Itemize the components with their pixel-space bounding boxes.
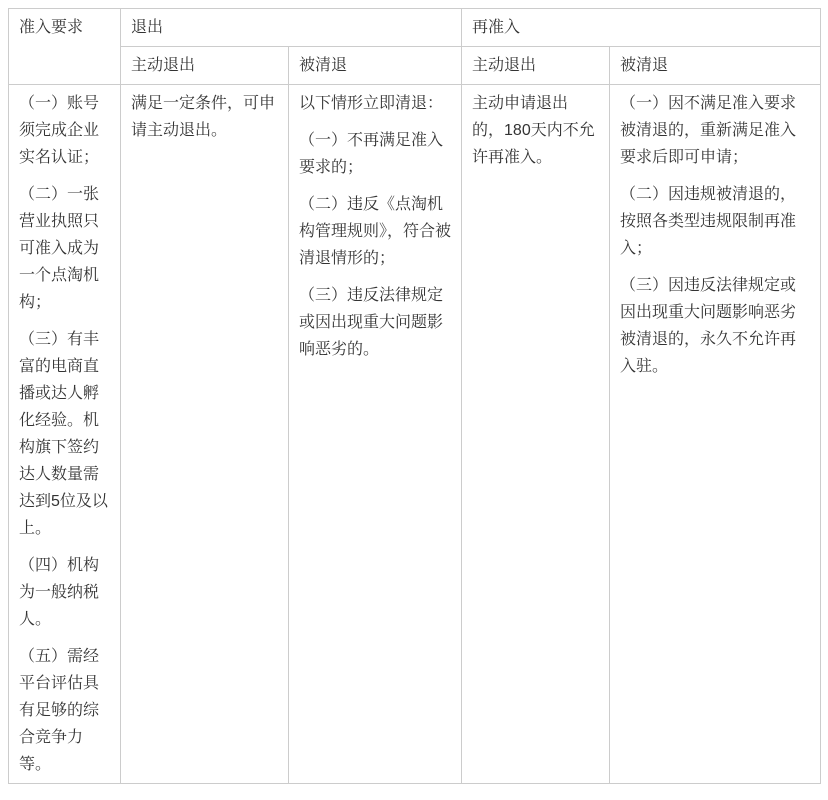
cell-admission-requirements: （一）账号须完成企业实名认证；（二）一张营业执照只可准入成为一个点淘机构；（三）… (9, 85, 121, 784)
table-row: （一）账号须完成企业实名认证；（二）一张营业执照只可准入成为一个点淘机构；（三）… (9, 85, 821, 784)
header-reentry-cleared: 被清退 (610, 47, 821, 85)
header-exit-voluntary: 主动退出 (121, 47, 289, 85)
paragraph: （一）因不满足准入要求被清退的，重新满足准入要求后即可申请； (620, 90, 810, 171)
paragraph: 主动申请退出的，180天内不允许再准入。 (472, 90, 599, 171)
cell-reentry-cleared: （一）因不满足准入要求被清退的，重新满足准入要求后即可申请；（二）因违规被清退的… (610, 85, 821, 784)
rules-table: 准入要求 退出 再准入 主动退出 被清退 主动退出 被清退 （一）账号须完成企业… (8, 8, 821, 784)
paragraph: （五）需经平台评估具有足够的综合竞争力等。 (19, 643, 110, 778)
paragraph: （三）有丰富的电商直播或达人孵化经验。机构旗下签约达人数量需达到5位及以上。 (19, 326, 110, 542)
paragraph: （二）违反《点淘机构管理规则》，符合被清退情形的； (299, 191, 451, 272)
header-exit-group: 退出 (121, 9, 462, 47)
paragraph: （三）因违反法律规定或因出现重大问题影响恶劣被清退的，永久不允许再入驻。 (620, 272, 810, 380)
paragraph: （一）不再满足准入要求的； (299, 127, 451, 181)
paragraph: （二）一张营业执照只可准入成为一个点淘机构； (19, 181, 110, 316)
header-exit-cleared: 被清退 (289, 47, 462, 85)
paragraph: （四）机构为一般纳税人。 (19, 552, 110, 633)
paragraph: 满足一定条件，可申请主动退出。 (131, 90, 278, 144)
cell-exit-cleared: 以下情形立即清退：（一）不再满足准入要求的；（二）违反《点淘机构管理规则》，符合… (289, 85, 462, 784)
header-row-groups: 准入要求 退出 再准入 (9, 9, 821, 47)
table-header: 准入要求 退出 再准入 主动退出 被清退 主动退出 被清退 (9, 9, 821, 85)
header-row-subgroups: 主动退出 被清退 主动退出 被清退 (9, 47, 821, 85)
cell-reentry-voluntary: 主动申请退出的，180天内不允许再准入。 (462, 85, 610, 784)
paragraph: （三）违反法律规定或因出现重大问题影响恶劣的。 (299, 282, 451, 363)
cell-exit-voluntary: 满足一定条件，可申请主动退出。 (121, 85, 289, 784)
header-admission-requirements: 准入要求 (9, 9, 121, 85)
paragraph: （二）因违规被清退的，按照各类型违规限制再准入； (620, 181, 810, 262)
table-body: （一）账号须完成企业实名认证；（二）一张营业执照只可准入成为一个点淘机构；（三）… (9, 85, 821, 784)
paragraph: （一）账号须完成企业实名认证； (19, 90, 110, 171)
header-reentry-group: 再准入 (462, 9, 821, 47)
header-reentry-voluntary: 主动退出 (462, 47, 610, 85)
paragraph: 以下情形立即清退： (299, 90, 451, 117)
